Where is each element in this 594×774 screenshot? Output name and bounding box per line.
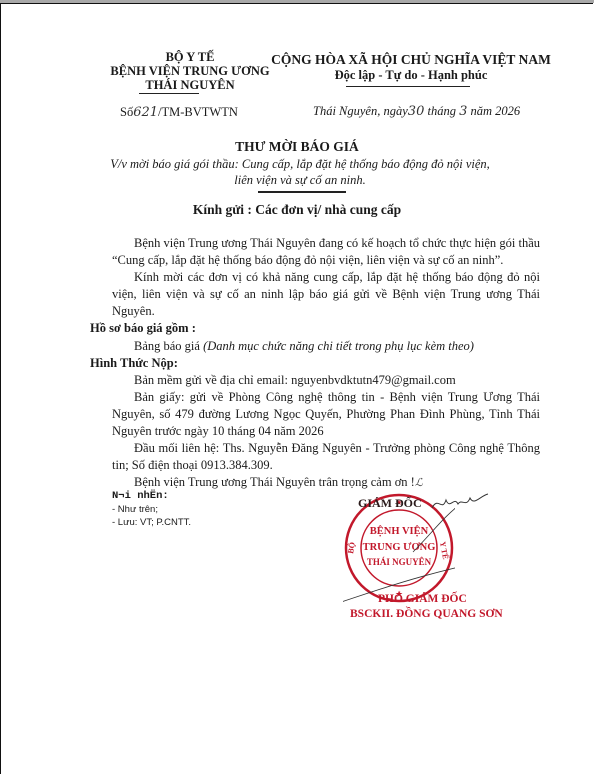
motto-underline — [346, 86, 470, 87]
recipients-heading: N¬i nhËn: — [112, 490, 191, 503]
hard-copy-paragraph: Bản giấy: gửi về Phòng Công nghệ thông t… — [112, 389, 540, 440]
document-subject: V/v mời báo giá gói thầu: Cung cấp, lắp … — [100, 156, 500, 188]
subject-underline — [258, 191, 346, 193]
dossier-item: Bảng báo giá (Danh mục chức năng chi tiế… — [112, 338, 540, 355]
doc-number-handwritten: 621 — [133, 105, 158, 120]
doc-number-suffix: /TM-BVTWTN — [158, 105, 238, 119]
svg-text:TRUNG ƯƠNG: TRUNG ƯƠNG — [363, 542, 436, 553]
svg-text:THÁI NGUYÊN: THÁI NGUYÊN — [367, 557, 432, 567]
issuer-header: BỘ Y TẾ BỆNH VIỆN TRUNG ƯƠNG THÁI NGUYÊN — [90, 50, 290, 92]
national-header: CỘNG HÒA XÃ HỘI CHỦ NGHĨA VIỆT NAM Độc l… — [262, 52, 560, 83]
signature-block: BỆNH VIỆN TRUNG ƯƠNG THÁI NGUYÊN BỘ Y TẾ… — [340, 490, 520, 620]
svg-text:Y TẾ: Y TẾ — [438, 541, 451, 560]
org-name-line1: BỆNH VIỆN TRUNG ƯƠNG — [90, 64, 290, 78]
svg-text:BỘ: BỘ — [346, 541, 357, 554]
recipients-block: N¬i nhËn: - Như trên; - Lưu: VT; P.CNTT. — [112, 490, 191, 529]
signer-name: BSCKII. ĐỒNG QUANG SƠN — [350, 608, 503, 620]
issuer-underline — [139, 93, 199, 94]
invitation-paragraph: Kính mời các đơn vị có khả năng cung cấp… — [112, 269, 540, 320]
submission-heading: Hình Thức Nộp: — [90, 355, 540, 372]
document-number: Số621/TM-BVTWTN — [120, 105, 238, 120]
soft-copy-line: Bản mềm gửi về địa chỉ email: nguyenbvdk… — [112, 372, 540, 389]
dossier-heading: Hồ sơ báo giá gồm : — [90, 320, 540, 337]
initial-mark: ℒ — [415, 476, 423, 489]
doc-number-prefix: Số — [120, 105, 133, 119]
date-month: 3 — [459, 104, 467, 119]
contact-paragraph: Đầu mối liên hệ: Ths. Nguyễn Đăng Nguyên… — [112, 440, 540, 474]
national-motto: Độc lập - Tự do - Hạnh phúc — [262, 68, 560, 83]
svg-text:BỆNH VIỆN: BỆNH VIỆN — [370, 524, 429, 537]
national-title: CỘNG HÒA XÃ HỘI CHỦ NGHĨA VIỆT NAM — [262, 52, 560, 67]
signer-title: GIÁM ĐỐC — [358, 496, 422, 511]
recipient-item: - Như trên; — [112, 503, 191, 516]
letter-body: Bệnh viện Trung ương Thái Nguyên đang có… — [112, 235, 540, 491]
date-day: 30 — [408, 104, 425, 119]
intro-paragraph: Bệnh viện Trung ương Thái Nguyên đang có… — [112, 235, 540, 269]
org-name-line2: THÁI NGUYÊN — [90, 78, 290, 92]
ministry-name: BỘ Y TẾ — [90, 50, 290, 64]
document-date: Thái Nguyên, ngày30 tháng 3 năm 2026 — [313, 104, 520, 119]
deputy-title: PHÓ GIÁM ĐỐC — [378, 593, 467, 605]
signature-scribble-icon — [430, 492, 490, 514]
recipient-item: - Lưu: VT; P.CNTT. — [112, 516, 191, 529]
thanks-line: Bệnh viện Trung ương Thái Nguyên trân tr… — [112, 474, 540, 491]
document-title: THƯ MỜI BÁO GIÁ — [0, 139, 594, 155]
salutation: Kính gửi : Các đơn vị/ nhà cung cấp — [0, 202, 594, 218]
